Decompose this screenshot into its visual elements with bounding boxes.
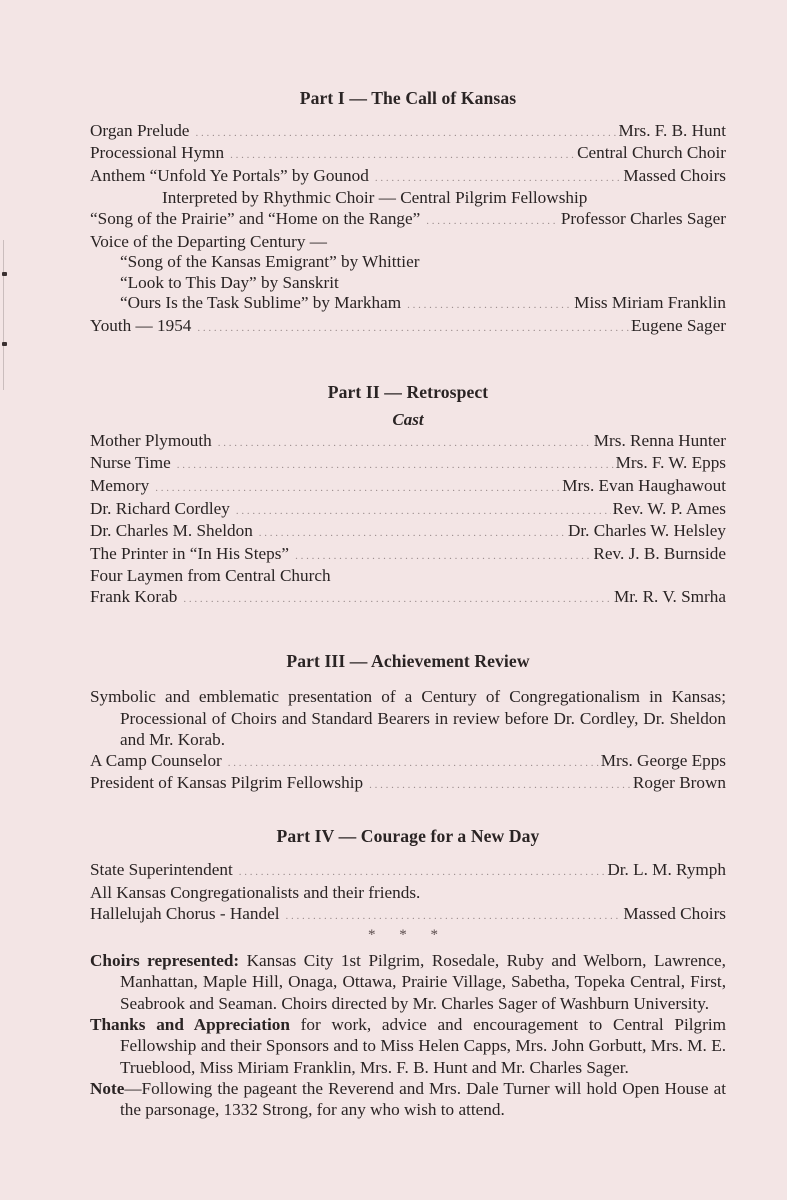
item-label: A Camp Counselor [90, 751, 222, 772]
dot-leader [375, 168, 622, 189]
voice-heading: Voice of the Departing Century — [90, 232, 726, 253]
role: Dr. Richard Cordley [90, 499, 230, 520]
note-label: Note [90, 1079, 124, 1098]
dot-leader [228, 753, 599, 774]
part-4-heading: Part IV — Courage for a New Day [90, 826, 726, 847]
item-performer: Mrs. George Epps [601, 751, 726, 772]
item-label: President of Kansas Pilgrim Fellowship [90, 773, 363, 794]
item-performer: Massed Choirs [623, 904, 726, 925]
dot-leader [195, 123, 616, 144]
program-item: “Ours Is the Task Sublime” by Markham Mi… [90, 293, 726, 316]
program-item: Hallelujah Chorus - Handel Massed Choirs [90, 904, 726, 927]
all-kansas-line: All Kansas Congregationalists and their … [90, 883, 726, 904]
cast-row: The Printer in “In His Steps” Rev. J. B.… [90, 544, 726, 567]
role: The Printer in “In His Steps” [90, 544, 289, 565]
item-performer: Massed Choirs [623, 166, 726, 187]
item-label: State Superintendent [90, 860, 233, 881]
actor: Mrs. F. W. Epps [616, 453, 726, 474]
item-performer: Miss Miriam Franklin [574, 293, 726, 314]
part-1-section: Part I — The Call of Kansas Organ Prelud… [90, 88, 726, 339]
note-paragraph: Note—Following the pageant the Reverend … [90, 1078, 726, 1121]
actor: Mr. R. V. Smrha [614, 587, 726, 608]
actor: Rev. J. B. Burnside [593, 544, 726, 565]
asterism-separator: * * * [90, 926, 726, 944]
dot-leader [407, 295, 572, 316]
dot-leader [230, 145, 575, 166]
notes-section: Choirs represented: Kansas City 1st Pilg… [90, 950, 726, 1120]
program-page: Part I — The Call of Kansas Organ Prelud… [90, 88, 726, 1121]
item-performer: Mrs. F. B. Hunt [619, 121, 727, 142]
actor: Dr. Charles W. Helsley [568, 521, 726, 542]
actor: Rev. W. P. Ames [613, 499, 727, 520]
binding-mark [2, 272, 7, 276]
dot-leader [239, 862, 606, 883]
item-performer: Dr. L. M. Rymph [607, 860, 726, 881]
dot-leader [197, 318, 629, 339]
page-edge-line [3, 240, 4, 390]
actor: Mrs. Renna Hunter [594, 431, 726, 452]
item-performer: Central Church Choir [577, 143, 726, 164]
cast-row: Mother Plymouth Mrs. Renna Hunter [90, 431, 726, 454]
role: Frank Korab [90, 587, 177, 608]
dot-leader [218, 433, 592, 454]
achievement-description: Symbolic and emblematic presentation of … [90, 686, 726, 751]
cast-row: Dr. Richard Cordley Rev. W. P. Ames [90, 499, 726, 522]
part-3-section: Part III — Achievement Review Symbolic a… [90, 651, 726, 795]
part-4-section: Part IV — Courage for a New Day State Su… [90, 826, 726, 944]
program-item: Processional Hymn Central Church Choir [90, 143, 726, 166]
dot-leader [177, 455, 614, 476]
thanks-label: Thanks and Appreciation [90, 1015, 290, 1034]
voice-item: “Song of the Kansas Emigrant” by Whittie… [90, 252, 726, 273]
note-text: —Following the pageant the Reverend and … [120, 1079, 726, 1119]
part-2-section: Part II — Retrospect Cast Mother Plymout… [90, 382, 726, 610]
dot-leader [295, 546, 591, 567]
part-3-heading: Part III — Achievement Review [90, 651, 726, 672]
binding-mark [2, 342, 7, 346]
choirs-represented-paragraph: Choirs represented: Kansas City 1st Pilg… [90, 950, 726, 1014]
item-label: Hallelujah Chorus - Handel [90, 904, 280, 925]
item-label: Anthem “Unfold Ye Portals” by Gounod [90, 166, 369, 187]
item-label: “Song of the Prairie” and “Home on the R… [90, 209, 420, 230]
role: Memory [90, 476, 149, 497]
voice-item: “Look to This Day” by Sanskrit [90, 273, 726, 294]
item-label: Youth — 1954 [90, 316, 191, 337]
dot-leader [426, 211, 559, 232]
program-item: A Camp Counselor Mrs. George Epps [90, 751, 726, 774]
cast-row: Dr. Charles M. Sheldon Dr. Charles W. He… [90, 521, 726, 544]
laymen-line: Four Laymen from Central Church [90, 566, 726, 587]
item-performer: Roger Brown [633, 773, 726, 794]
cast-row: Memory Mrs. Evan Haughawout [90, 476, 726, 499]
item-label: “Ours Is the Task Sublime” by Markham [120, 293, 401, 314]
cast-row: Nurse Time Mrs. F. W. Epps [90, 453, 726, 476]
program-item: Organ Prelude Mrs. F. B. Hunt [90, 121, 726, 144]
dot-leader [286, 906, 622, 927]
program-item: President of Kansas Pilgrim Fellowship R… [90, 773, 726, 796]
dot-leader [155, 478, 560, 499]
dot-leader [259, 523, 566, 544]
program-item: Youth — 1954 Eugene Sager [90, 316, 726, 339]
interpreted-note: Interpreted by Rhythmic Choir — Central … [90, 188, 726, 209]
actor: Mrs. Evan Haughawout [562, 476, 726, 497]
thanks-paragraph: Thanks and Appreciation for work, advice… [90, 1014, 726, 1078]
item-label: Organ Prelude [90, 121, 189, 142]
part-2-heading: Part II — Retrospect [90, 382, 726, 403]
item-performer: Professor Charles Sager [561, 209, 726, 230]
role: Dr. Charles M. Sheldon [90, 521, 253, 542]
cast-row: Frank Korab Mr. R. V. Smrha [90, 587, 726, 610]
part-1-heading: Part I — The Call of Kansas [90, 88, 726, 109]
dot-leader [369, 775, 631, 796]
item-label: Processional Hymn [90, 143, 224, 164]
item-performer: Eugene Sager [631, 316, 726, 337]
dot-leader [183, 589, 612, 610]
dot-leader [236, 501, 611, 522]
program-item: State Superintendent Dr. L. M. Rymph [90, 860, 726, 883]
cast-subheading: Cast [90, 410, 726, 431]
choirs-label: Choirs represented: [90, 951, 239, 970]
role: Nurse Time [90, 453, 171, 474]
role: Mother Plymouth [90, 431, 212, 452]
program-item: Anthem “Unfold Ye Portals” by Gounod Mas… [90, 166, 726, 189]
program-item: “Song of the Prairie” and “Home on the R… [90, 209, 726, 232]
